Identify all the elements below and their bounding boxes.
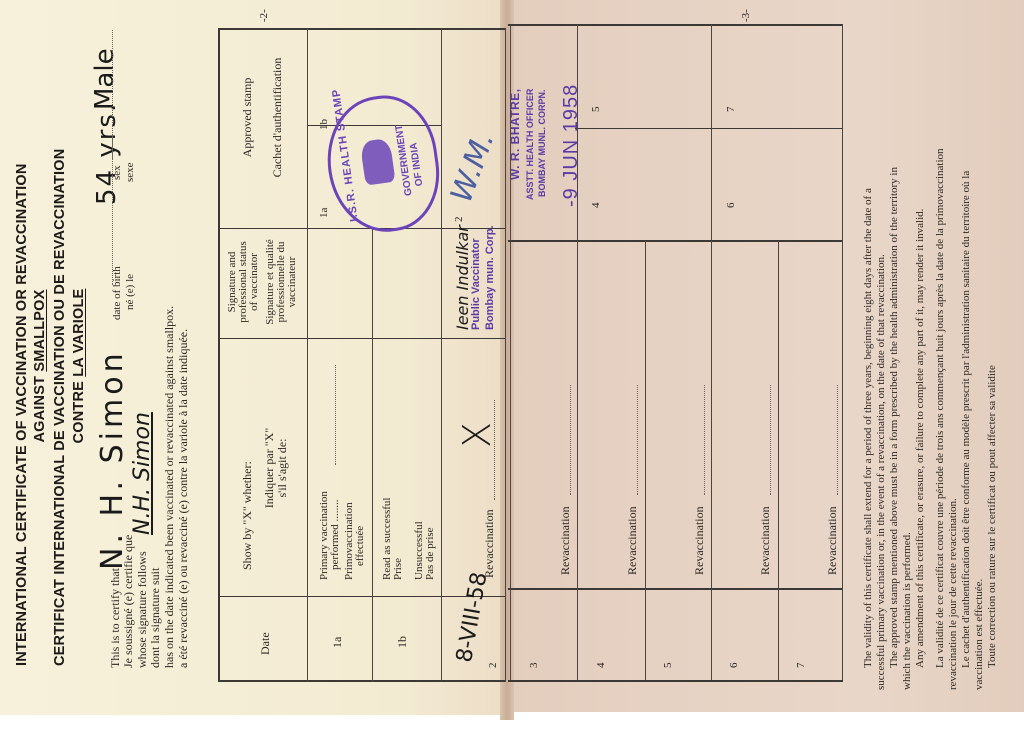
stamp-grid-5: 5	[590, 107, 602, 113]
page-marker-right: -3-	[740, 9, 752, 22]
sex-label-fr: sexe	[124, 162, 136, 182]
right-row-4-5	[645, 240, 646, 680]
header-show-fr2: s'il s'agit de:	[275, 388, 290, 548]
row-5-number: 5	[662, 663, 674, 669]
validity-en-3: The approved stamp mentioned above must …	[888, 167, 900, 668]
officer-stamp-line2: ASSTT. HEALTH OFFICER	[525, 89, 535, 200]
signature-label-fr: dont la signature suit	[148, 568, 163, 668]
validity-en-1: The validity of this certificate shall e…	[862, 188, 874, 668]
validity-en-4: which the vaccination is performed.	[901, 532, 913, 690]
validity-fr-4: vaccination est effectuée.	[973, 579, 985, 690]
row-1a-type-fr2: effectuée	[354, 526, 366, 566]
title-fr-variole: LA VARIOLE	[71, 289, 87, 377]
patient-signature-handwritten: N.H. Simon	[130, 412, 155, 535]
row-7-dotted	[837, 385, 838, 495]
right-row-3-4	[577, 24, 578, 680]
row-7-type: Revaccination	[825, 506, 840, 575]
row-divider-1a	[372, 228, 373, 682]
row-2-number: 2	[487, 663, 499, 669]
title-fr-line1: CERTIFICAT INTERNATIONAL DE VACCINATION …	[52, 66, 68, 666]
stamp-label-1a: 1a	[318, 208, 330, 218]
right-row-5-6	[711, 24, 712, 680]
row-4-type: Revaccination	[625, 506, 640, 575]
row-6-dotted	[770, 385, 771, 495]
right-stamp-split	[575, 128, 843, 129]
header-stamp-en: Approved stamp	[240, 25, 255, 210]
stamp-grid-7: 7	[725, 107, 737, 113]
row-6-type: Revaccination	[758, 506, 773, 575]
vaccinator-stamp-line1: Public Vaccinator	[470, 238, 482, 330]
row-divider-1b	[441, 28, 442, 682]
certify-line1-fr: Je soussigné (e) certifie que	[121, 535, 136, 668]
row-1b-number: 1b	[395, 636, 410, 648]
row-6-number: 6	[728, 663, 740, 669]
row-7-number: 7	[795, 663, 807, 669]
validity-fr-5: Toute correction ou rature sur le certif…	[986, 365, 998, 668]
title-fr-prefix: CONTRE	[71, 377, 87, 444]
header-stamp-fr: Cachet d'authentification	[270, 25, 285, 210]
sex-handwritten: Male	[90, 48, 120, 110]
stamp-label-1b: 1b	[318, 119, 330, 130]
row-1b-unsuccessful-fr: Pas de prise	[424, 527, 436, 580]
statement-fr: a été revacciné (e) ou revacciné (e) con…	[176, 329, 191, 668]
table-right-edge	[218, 28, 505, 30]
right-row-6-7	[778, 240, 779, 680]
stamp-label-2: 2	[453, 217, 465, 223]
table-left-edge	[218, 680, 505, 682]
title-en-prefix: AGAINST	[32, 372, 48, 443]
statement-en: has on the date indicated been vaccinate…	[162, 306, 177, 668]
row-3-number: 3	[528, 663, 540, 669]
right-table-num-divider	[508, 588, 843, 590]
col-divider-type	[218, 338, 505, 339]
header-sig-en3: of vaccinator	[248, 232, 260, 332]
row-1a-number: 1a	[330, 637, 345, 648]
right-col-edge	[510, 24, 511, 680]
validity-en-2: successful primary vaccination or, in th…	[875, 254, 887, 690]
row-1a-type-en2: performed ........	[329, 499, 341, 570]
title-fr-line2: CONTRE LA VARIOLE	[71, 66, 87, 666]
col-divider-date	[218, 596, 505, 597]
validity-fr-3: Le cachet d'authentification doit être c…	[960, 171, 972, 668]
title-en-line1: INTERNATIONAL CERTIFICATE OF VACCINATION…	[14, 66, 30, 666]
row-2-dotted	[494, 400, 495, 500]
header-date: Date	[258, 632, 273, 655]
validity-fr-1: La validité de ce certificat couvre une …	[934, 148, 946, 668]
row-5-dotted	[704, 385, 705, 495]
validity-fr-2: revaccination le jour de cette revaccina…	[947, 498, 959, 690]
sex-dotted-line	[112, 30, 113, 160]
officer-stamp-date: -9 JUN 1958	[560, 84, 583, 207]
right-row-7-end	[842, 24, 843, 680]
emblem-icon	[360, 138, 396, 186]
right-table-stamp-divider	[508, 240, 843, 242]
row-1b-successful-fr: Prise	[392, 558, 404, 580]
row-5-type: Revaccination	[692, 506, 707, 575]
row-3-dotted	[570, 385, 571, 495]
dob-label-fr: né (e) le	[124, 274, 136, 310]
title-en-line2: AGAINST SMALLPOX	[32, 66, 48, 666]
row-divider-header	[307, 28, 308, 682]
validity-en-5: Any amendment of this certificate, or er…	[914, 209, 926, 668]
stamp-grid-4: 4	[590, 203, 602, 209]
page-marker-left: -2-	[258, 9, 270, 22]
header-show-en: Show by "X" whether:	[240, 461, 255, 570]
row-1a-dotted	[335, 365, 336, 465]
right-table-bottom	[508, 680, 843, 682]
stamp-grid-6: 6	[725, 203, 737, 209]
row-4-number: 4	[595, 663, 607, 669]
row-2-x-mark: X	[455, 422, 499, 448]
vaccinator-stamp-line2: Bombay mun. Corp.	[484, 225, 496, 330]
row-3-type: Revaccination	[558, 506, 573, 575]
table-bottom-border	[505, 28, 506, 682]
table-top-border	[218, 28, 220, 682]
header-sig-fr3: vaccinateur	[286, 232, 298, 332]
age-handwritten: 54 yrs.	[92, 102, 122, 205]
title-en-smallpox: SMALLPOX	[32, 289, 48, 371]
officer-stamp-line3: BOMBAY MUNL. CORPN.	[537, 89, 547, 197]
row-2-type: Revaccination	[482, 509, 497, 578]
row-4-dotted	[637, 385, 638, 495]
right-table-top	[508, 24, 843, 26]
